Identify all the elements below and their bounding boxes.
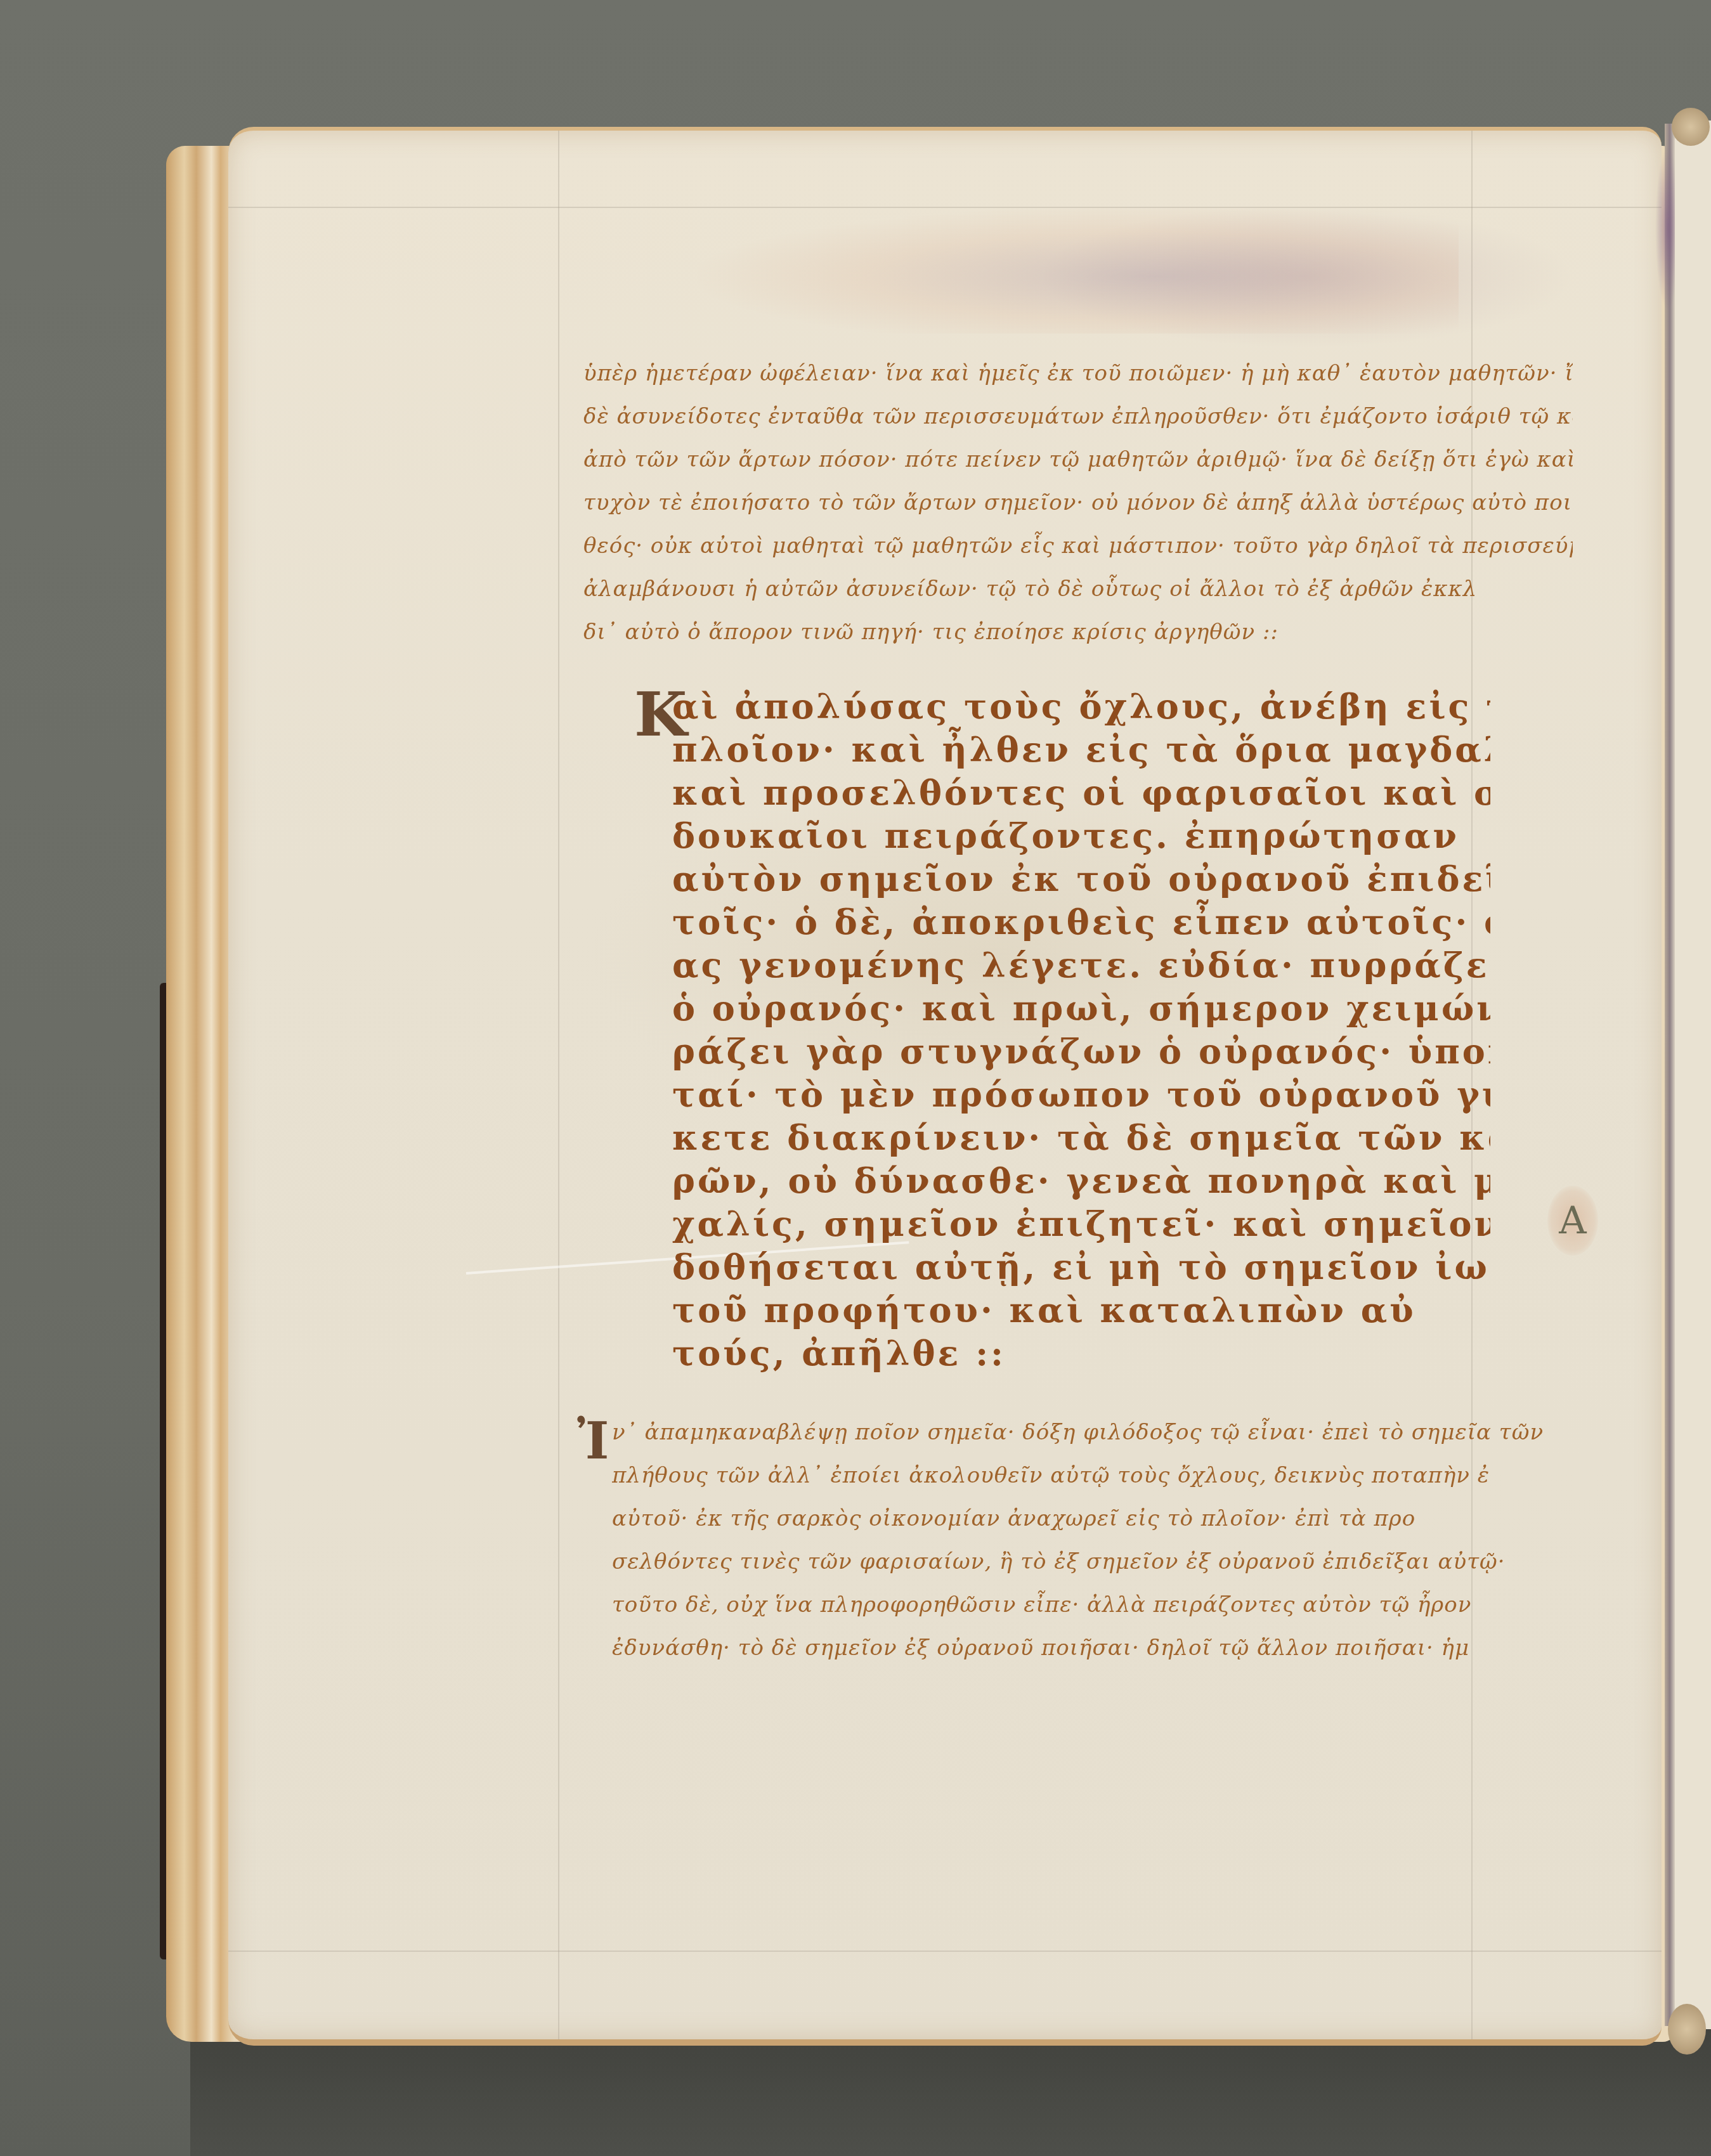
gutter-fold [1665, 124, 1675, 2026]
lemma-line: τούς, ἀπῆλθε :: [672, 1332, 1490, 1375]
commentary-line: ἐδυνάσθη· τὸ δὲ σημεῖον ἐξ οὐρανοῦ ποιῆσ… [612, 1627, 1576, 1670]
commentary-line: δι᾽ αὐτὸ ὁ ἄπορον τινῶ πηγή· τις ἐποίησε… [583, 611, 1573, 654]
lemma-line: κετε διακρίνειν· τὰ δὲ σημεῖα τῶν και [672, 1116, 1490, 1159]
marginal-section-mark: Α [1547, 1186, 1598, 1256]
lemma-line: αὐτὸν σημεῖον ἐκ τοῦ οὐρανοῦ ἐπιδεῖξαι α… [672, 857, 1490, 900]
ruling-margin-left [558, 131, 559, 2039]
decorated-initial-iota: Ἰ [577, 1411, 609, 1471]
commentary-line: ν᾽ ἀπαμηκαναβλέψῃ ποῖον σημεῖα· δόξη φιλ… [612, 1411, 1576, 1454]
commentary-line: ἀλαμβάνουσι ἡ αὐτῶν ἀσυνείδων· τῷ τὸ δὲ … [583, 568, 1573, 611]
lemma-line: ράζει γὰρ στυγνάζων ὁ οὐρανός· ὑποκρι [672, 1030, 1490, 1073]
lemma-line: τοῦ προφήτου· καὶ καταλιπὼν αὐ [672, 1289, 1490, 1332]
commentary-line: πλήθους τῶν ἀλλ᾽ ἐποίει ἀκολουθεῖν αὐτῷ … [612, 1454, 1576, 1497]
commentary-top: ὑπὲρ ἡμετέραν ὠφέλειαν· ἵνα καὶ ἡμεῖς ἐκ… [583, 352, 1573, 654]
lemma-line: ταί· τὸ μὲν πρόσωπον τοῦ οὐρανοῦ γινώσ [672, 1073, 1490, 1116]
lemma-line: ας γενομένης λέγετε. εὐδία· πυρράζει γὰρ [672, 944, 1490, 987]
binding-thread-bottom [1668, 2004, 1706, 2055]
lemma-line: ρῶν, οὐ δύνασθε· γενεὰ πονηρὰ καὶ μοι [672, 1159, 1490, 1202]
lemma-line: ὁ οὐρανός· καὶ πρωὶ, σήμερον χειμών· πυρ [672, 987, 1490, 1030]
ink-offset-stain [698, 207, 1459, 334]
lemma-line: χαλίς, σημεῖον ἐπιζητεῖ· καὶ σημεῖον, οὐ [672, 1202, 1490, 1245]
ruling-line [228, 1951, 1662, 1952]
commentary-line: δὲ ἀσυνείδοτες ἐνταῦθα τῶν περισσευμάτων… [583, 395, 1573, 438]
commentary-line: σελθόντες τινὲς τῶν φαρισαίων, ἢ τὸ ἐξ σ… [612, 1540, 1576, 1583]
lemma-line: αὶ ἀπολύσας τοὺς ὄχλους, ἀνέβη εἰς τὸ [672, 685, 1490, 728]
lemma-line: καὶ προσελθόντες οἱ φαρισαῖοι καὶ σαδ [672, 771, 1490, 814]
commentary-line: τοῦτο δὲ, οὐχ ἵνα πληροφορηθῶσιν εἶπε· ἀ… [612, 1583, 1576, 1627]
commentary-line: ἀπὸ τῶν τῶν ἄρτων πόσον· πότε πείνεν τῷ … [583, 438, 1573, 481]
lemma-line: τοῖς· ὁ δὲ, ἀποκριθεὶς εἶπεν αὐτοῖς· ὀψί [672, 900, 1490, 944]
lemma-line: δουκαῖοι πειράζοντες. ἐπηρώτησαν [672, 814, 1490, 857]
commentary-line: θεός· οὐκ αὐτοὶ μαθηταὶ τῷ μαθητῶν εἷς κ… [583, 524, 1573, 568]
commentary-line: αὐτοῦ· ἐκ τῆς σαρκὸς οἰκονομίαν ἀναχωρεῖ… [612, 1497, 1576, 1540]
gospel-lemma: αὶ ἀπολύσας τοὺς ὄχλους, ἀνέβη εἰς τὸ πλ… [672, 685, 1490, 1375]
lemma-line: πλοῖον· καὶ ἦλθεν εἰς τὰ ὅρια μαγδαλά· [672, 728, 1490, 771]
facing-page-edge [1675, 120, 1711, 2029]
commentary-line: ὑπὲρ ἡμετέραν ὠφέλειαν· ἵνα καὶ ἡμεῖς ἐκ… [583, 352, 1573, 395]
binding-thread-top [1672, 108, 1710, 146]
lemma-line: δοθήσεται αὐτῇ, εἰ μὴ τὸ σημεῖον ἰωνᾶ [672, 1245, 1490, 1289]
commentary-line: τυχὸν τὲ ἐποιήσατο τὸ τῶν ἄρτων σημεῖον·… [583, 481, 1573, 524]
commentary-bottom: ν᾽ ἀπαμηκαναβλέψῃ ποῖον σημεῖα· δόξη φιλ… [612, 1411, 1576, 1670]
